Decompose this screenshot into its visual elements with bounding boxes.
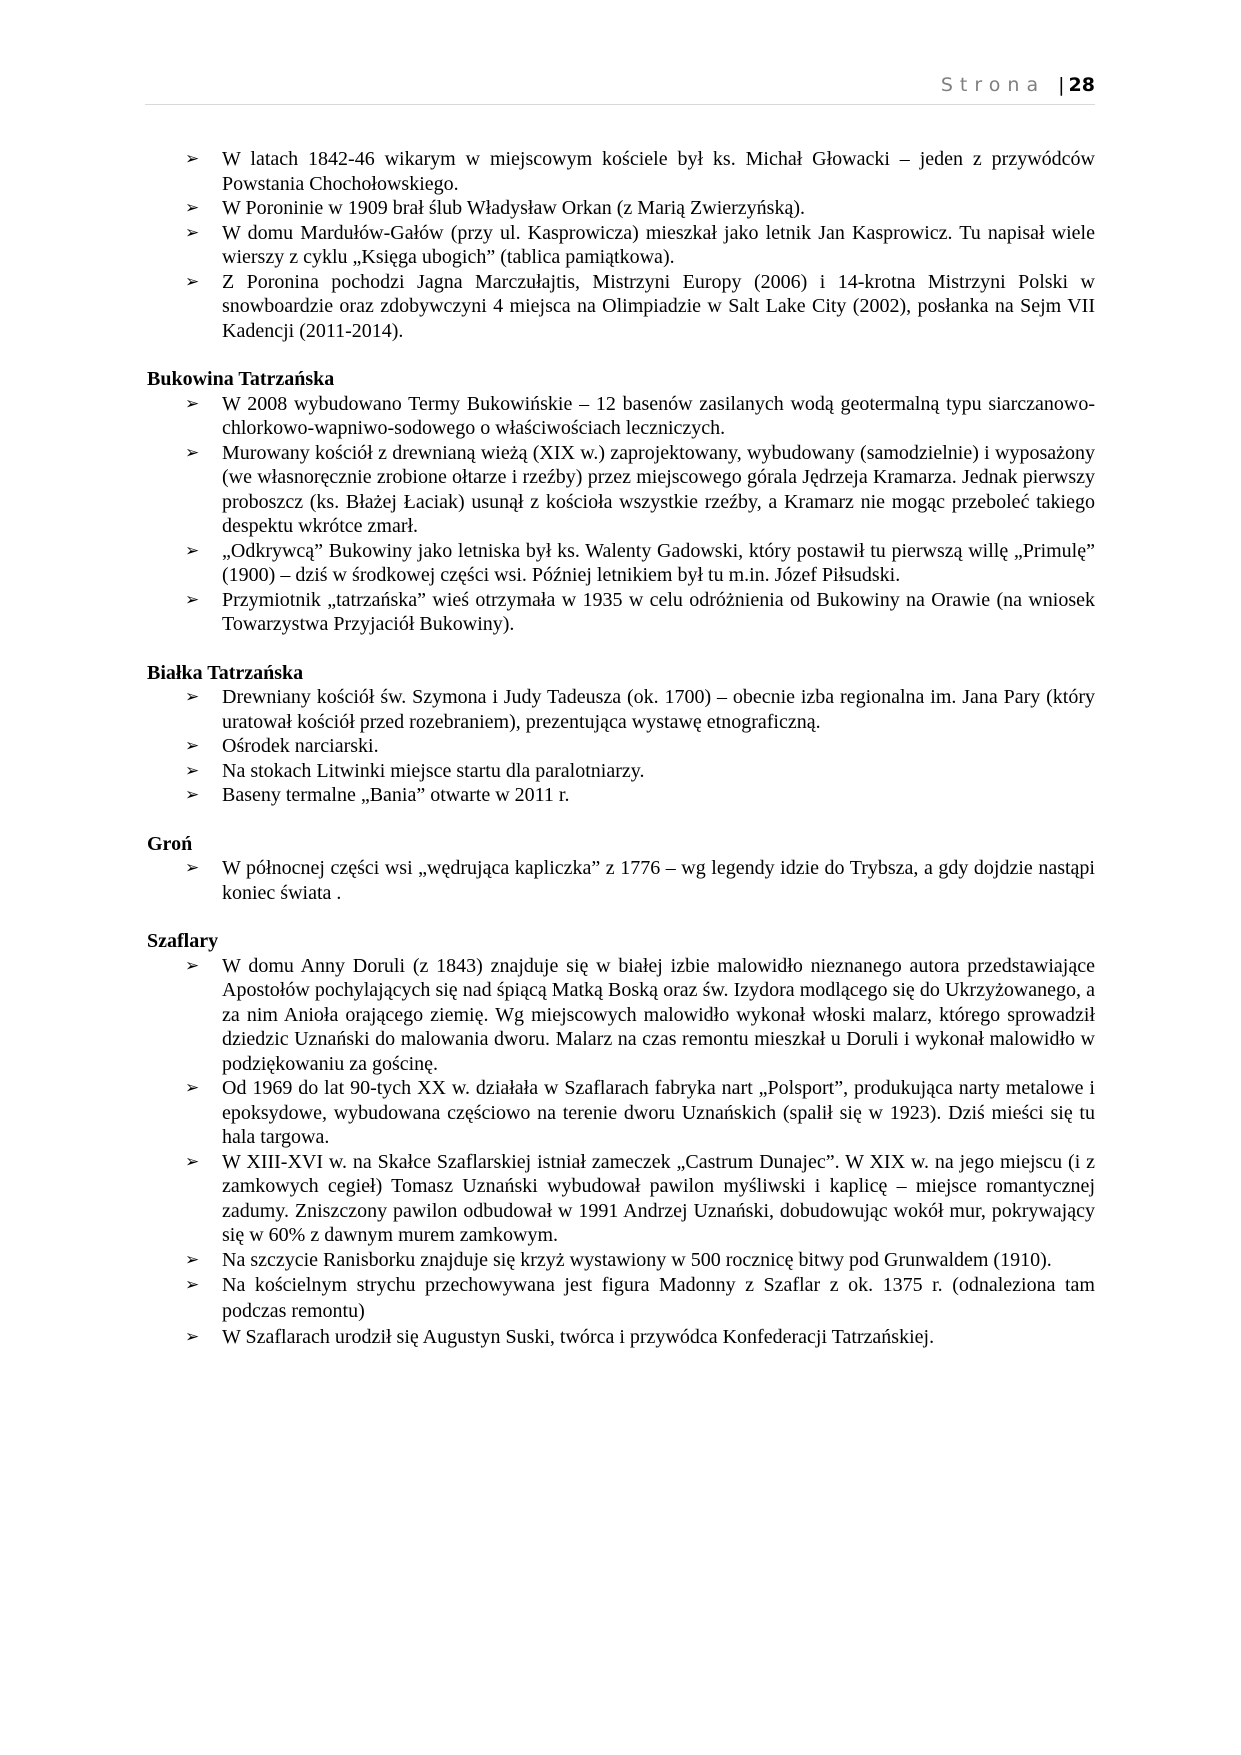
section-heading: Groń	[147, 832, 1095, 857]
list-item-text: Murowany kościół z drewnianą wieżą (XIX …	[222, 442, 1095, 538]
section-szaflary: Szaflary ➢W domu Anny Doruli (z 1843) zn…	[147, 929, 1095, 1350]
list-item: ➢Z Poronina pochodzi Jagna Marczułajtis,…	[147, 270, 1095, 344]
arrowhead-bullet-icon: ➢	[185, 759, 199, 784]
section-list: ➢W domu Anny Doruli (z 1843) znajduje si…	[147, 954, 1095, 1351]
list-item-text: W latach 1842-46 wikarym w miejscowym ko…	[222, 148, 1095, 195]
list-item: ➢W domu Anny Doruli (z 1843) znajduje si…	[147, 954, 1095, 1077]
section-heading: Białka Tatrzańska	[147, 661, 1095, 686]
list-item: ➢W latach 1842-46 wikarym w miejscowym k…	[147, 147, 1095, 196]
list-item: ➢Murowany kościół z drewnianą wieżą (XIX…	[147, 441, 1095, 539]
list-item: ➢W Szaflarach urodził się Augustyn Suski…	[147, 1324, 1095, 1350]
arrowhead-bullet-icon: ➢	[185, 441, 199, 466]
list-item: ➢Ośrodek narciarski.	[147, 734, 1095, 759]
document-body: ➢W latach 1842-46 wikarym w miejscowym k…	[147, 147, 1095, 1350]
arrowhead-bullet-icon: ➢	[185, 147, 199, 172]
arrowhead-bullet-icon: ➢	[185, 685, 199, 710]
list-item: ➢Na szczycie Ranisborku znajduje się krz…	[147, 1248, 1095, 1273]
section-bialka: Białka Tatrzańska ➢Drewniany kościół św.…	[147, 661, 1095, 808]
list-item-text: Drewniany kościół św. Szymona i Judy Tad…	[222, 686, 1095, 733]
list-item-text: „Odkrywcą” Bukowiny jako letniska był ks…	[222, 540, 1095, 587]
arrowhead-bullet-icon: ➢	[185, 1324, 199, 1350]
section-list: ➢W 2008 wybudowano Termy Bukowińskie – 1…	[147, 392, 1095, 637]
list-item: ➢Na stokach Litwinki miejsce startu dla …	[147, 759, 1095, 784]
section-bukowina: Bukowina Tatrzańska ➢W 2008 wybudowano T…	[147, 367, 1095, 637]
arrowhead-bullet-icon: ➢	[185, 783, 199, 808]
section-gron: Groń ➢W północnej części wsi „wędrująca …	[147, 832, 1095, 906]
arrowhead-bullet-icon: ➢	[185, 1248, 199, 1273]
arrowhead-bullet-icon: ➢	[185, 539, 199, 564]
list-item: ➢W XIII-XVI w. na Skałce Szaflarskiej is…	[147, 1150, 1095, 1248]
list-item-text: W 2008 wybudowano Termy Bukowińskie – 12…	[222, 393, 1095, 440]
arrowhead-bullet-icon: ➢	[185, 954, 199, 979]
list-item-text: W domu Anny Doruli (z 1843) znajduje się…	[222, 955, 1095, 1075]
list-item: ➢W Poroninie w 1909 brał ślub Władysław …	[147, 196, 1095, 221]
list-item-text: Ośrodek narciarski.	[222, 735, 379, 757]
list-item-text: W Poroninie w 1909 brał ślub Władysław O…	[222, 197, 805, 219]
page-number: 28	[1069, 74, 1095, 96]
section-list: ➢Drewniany kościół św. Szymona i Judy Ta…	[147, 685, 1095, 808]
list-item-text: W Szaflarach urodził się Augustyn Suski,…	[222, 1326, 934, 1348]
arrowhead-bullet-icon: ➢	[185, 221, 199, 246]
section-list: ➢W północnej części wsi „wędrująca kapli…	[147, 856, 1095, 905]
list-item: ➢W północnej części wsi „wędrująca kapli…	[147, 856, 1095, 905]
arrowhead-bullet-icon: ➢	[185, 270, 199, 295]
list-item-text: Z Poronina pochodzi Jagna Marczułajtis, …	[222, 271, 1095, 342]
page-label: Strona |28	[941, 74, 1095, 96]
arrowhead-bullet-icon: ➢	[185, 1272, 199, 1298]
list-item: ➢Drewniany kościół św. Szymona i Judy Ta…	[147, 685, 1095, 734]
list-item: ➢„Odkrywcą” Bukowiny jako letniska był k…	[147, 539, 1095, 588]
list-item: ➢Na kościelnym strychu przechowywana jes…	[147, 1272, 1095, 1324]
arrowhead-bullet-icon: ➢	[185, 196, 199, 221]
list-item-text: W północnej części wsi „wędrująca kaplic…	[222, 857, 1095, 904]
list-item-text: Na stokach Litwinki miejsce startu dla p…	[222, 760, 644, 782]
list-item-text: Przymiotnik „tatrzańska” wieś otrzymała …	[222, 589, 1095, 636]
page-separator: |	[1058, 74, 1064, 96]
list-item-text: W XIII-XVI w. na Skałce Szaflarskiej ist…	[222, 1151, 1095, 1247]
list-item: ➢Baseny termalne „Bania” otwarte w 2011 …	[147, 783, 1095, 808]
arrowhead-bullet-icon: ➢	[185, 392, 199, 417]
page-label-text: Strona	[941, 74, 1045, 96]
section-heading: Bukowina Tatrzańska	[147, 367, 1095, 392]
list-item: ➢Przymiotnik „tatrzańska” wieś otrzymała…	[147, 588, 1095, 637]
list-item: ➢Od 1969 do lat 90-tych XX w. działała w…	[147, 1076, 1095, 1150]
arrowhead-bullet-icon: ➢	[185, 856, 199, 881]
arrowhead-bullet-icon: ➢	[185, 1150, 199, 1175]
list-item-text: Baseny termalne „Bania” otwarte w 2011 r…	[222, 784, 569, 806]
list-item: ➢W domu Mardułów-Gałów (przy ul. Kasprow…	[147, 221, 1095, 270]
intro-list: ➢W latach 1842-46 wikarym w miejscowym k…	[147, 147, 1095, 343]
arrowhead-bullet-icon: ➢	[185, 588, 199, 613]
section-heading: Szaflary	[147, 929, 1095, 954]
arrowhead-bullet-icon: ➢	[185, 1076, 199, 1101]
list-item-text: Na szczycie Ranisborku znajduje się krzy…	[222, 1249, 1052, 1271]
list-item-text: Na kościelnym strychu przechowywana jest…	[222, 1274, 1095, 1322]
list-item-text: W domu Mardułów-Gałów (przy ul. Kasprowi…	[222, 222, 1095, 269]
list-item-text: Od 1969 do lat 90-tych XX w. działała w …	[222, 1077, 1095, 1148]
list-item: ➢W 2008 wybudowano Termy Bukowińskie – 1…	[147, 392, 1095, 441]
page-header: Strona |28	[145, 70, 1095, 105]
arrowhead-bullet-icon: ➢	[185, 734, 199, 759]
